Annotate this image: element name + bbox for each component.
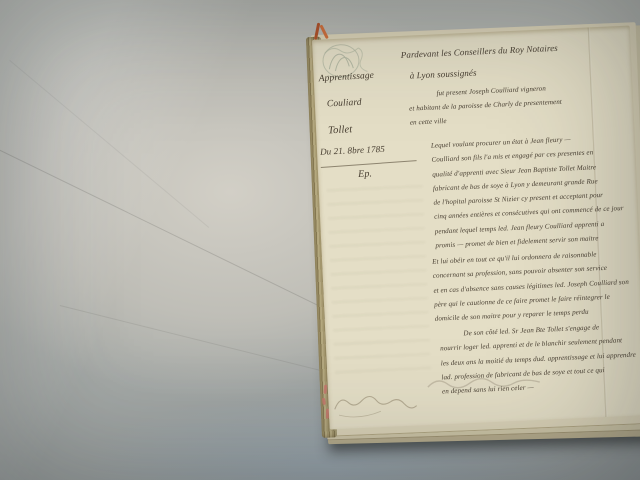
body-paragraph-1: Lequel voulant procurer un état à Jean f… [431, 130, 626, 253]
presentation-block: fut present Joseph Coulliard vigneron et… [408, 81, 563, 130]
margin-date: Du 21. 8bre 1785 [320, 144, 385, 157]
manuscript-stack: Pardevant les Conseillers du Roy Notaire… [312, 26, 640, 430]
binding-thread [309, 21, 340, 48]
margin-note: Ep. [358, 168, 372, 180]
margin-underline [321, 160, 417, 168]
photo-background: Pardevant les Conseillers du Roy Notaire… [0, 0, 640, 480]
margin-party-couliard: Couliard [327, 98, 362, 110]
ink-bleedthrough [327, 185, 432, 379]
margin-party-tollet: Tollet [328, 124, 353, 136]
heading-line2: à Lyon soussignés [409, 68, 476, 81]
bleedthrough-signature-icon [423, 366, 544, 397]
body-paragraph-2: Et lui obéir en tout ce qu'il lui ordonn… [432, 246, 631, 326]
clerk-paraph-icon [330, 387, 421, 421]
heading-line1: Pardevant les Conseillers du Roy Notaire… [401, 43, 558, 60]
manuscript-page: Pardevant les Conseillers du Roy Notaire… [312, 26, 640, 430]
